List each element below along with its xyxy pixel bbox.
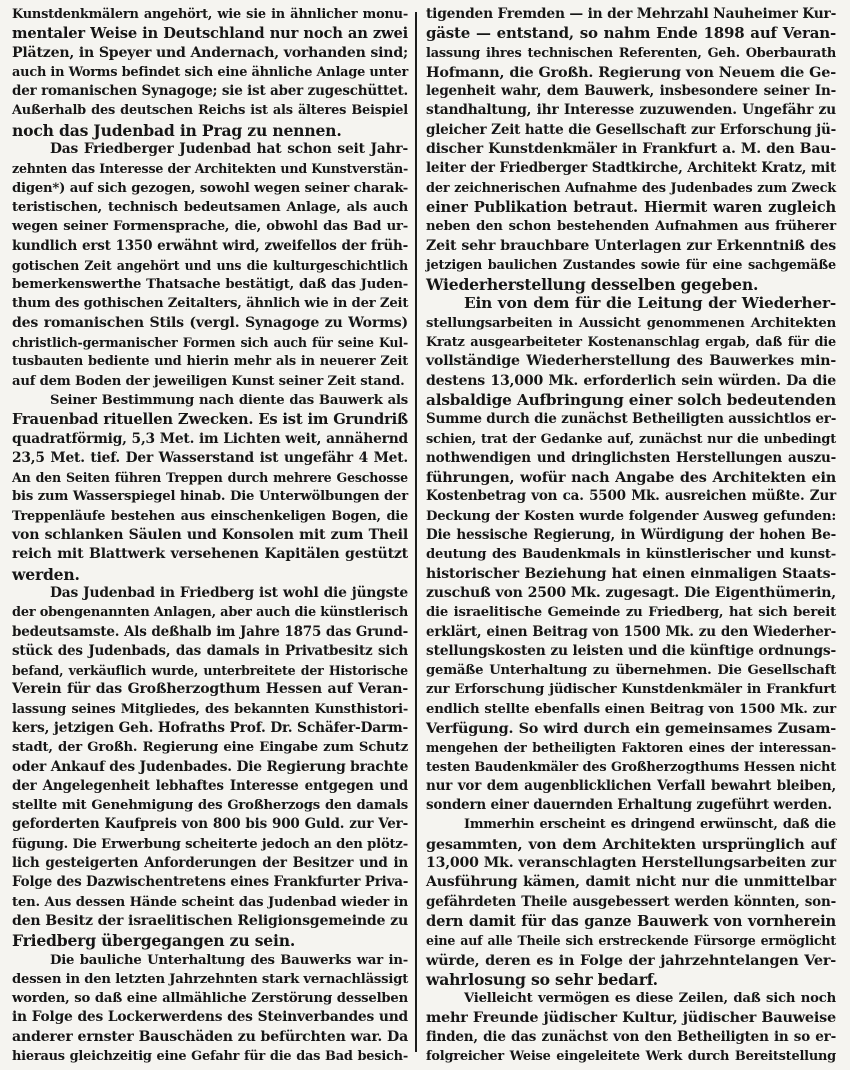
text-line: historischer Beziehung hat einen einmali… (426, 565, 836, 584)
text-line: kundlich erst 1350 erwähnt wird, zweifel… (12, 237, 408, 256)
text-line: leiter der Friedberger Stadtkirche, Arch… (426, 159, 836, 178)
text-line: wahrlosung so sehr bedarf. (426, 970, 836, 989)
text-line: zuschuß von 2500 Mk. zugesagt. Die Eigen… (426, 584, 836, 603)
text-line: Kostenbetrag von ca. 5500 Mk. ausreichen… (426, 487, 836, 506)
text-line: gemäße Unterhaltung zu übernehmen. Die G… (426, 661, 836, 680)
text-line: 13,000 Mk. veranschlagten Herstellungsar… (426, 854, 836, 873)
text-line: mehr Freunde jüdischer Kultur, jüdischer… (426, 1008, 836, 1027)
text-line: sondern einer dauernden Erhaltung zugefü… (426, 796, 836, 815)
text-line: mengehen der betheiligten Faktoren eines… (426, 738, 836, 757)
text-line: der zeichnerischen Aufnahme des Judenbad… (426, 179, 836, 198)
text-line: teristischen, technisch bedeutsamen Anla… (12, 198, 408, 217)
text-line: christlich-germanischer Formen sich auch… (12, 333, 408, 352)
text-line: würde, deren es in Folge der jahrzehntel… (426, 951, 836, 970)
text-line: gefährdeten Theile ausgebessert werden k… (426, 893, 836, 912)
text-line: bedeutsamste. Als deßhalb im Jahre 1875 … (12, 623, 408, 642)
text-line: gäste — entstand, so nahm Ende 1898 auf … (426, 24, 836, 43)
text-line: führungen, wofür nach Angabe des Archite… (426, 468, 836, 487)
right-text-column: tigenden Fremden — in der Mehrzahl Nauhe… (426, 5, 836, 1066)
newspaper-page: Kunstdenkmälern angehört, wie sie in ähn… (0, 0, 850, 1070)
text-line: Seiner Bestimmung nach diente das Bauwer… (12, 391, 408, 410)
text-line: lich gesteigerten Anforderungen der Besi… (12, 854, 408, 873)
text-line: deutung des Baudenkmals in künstlerische… (426, 545, 836, 564)
text-line: Verein für das Großherzogthum Hessen auf… (12, 680, 408, 699)
text-line: noch das Judenbad in Prag zu nennen. (12, 121, 408, 140)
text-line: alsbaldige Aufbringung einer solch bedeu… (426, 391, 836, 410)
text-line: nur vor dem augenblicklichen Verfall bew… (426, 777, 836, 796)
text-line: geforderten Kaufpreis von 800 bis 900 Gu… (12, 815, 408, 834)
text-line: Kratz ausgearbeiteter Kostenanschlag erg… (426, 333, 836, 352)
text-line: Die hessische Regierung, in Würdigung de… (426, 526, 836, 545)
text-line: der romanischen Synagoge; sie ist aber z… (12, 82, 408, 101)
text-line: quadratförmig, 5,3 Met. im Lichten weit,… (12, 430, 408, 449)
text-line: Außerhalb des deutschen Reichs ist als ä… (12, 101, 408, 120)
text-line: erklärt, einen Beitrag von 1500 Mk. zu d… (426, 623, 836, 642)
text-line: Summe durch die zunächst Betheiligten au… (426, 410, 836, 429)
text-line: jetzigen baulichen Zustandes sowie für e… (426, 256, 836, 275)
text-line: Treppenläufe bestehen aus einschenkelige… (12, 507, 408, 526)
text-line: tusbauten bediente und hierin mehr als i… (12, 352, 408, 371)
text-line: schien, trat der Gedanke auf, zunächst n… (426, 430, 836, 449)
text-line: thum des gothischen Zeitalters, ähnlich … (12, 294, 408, 313)
text-line: bemerkenswerthe Thatsache bestätigt, daß… (12, 275, 408, 294)
text-line: endlich stellte ebenfalls einen Beitrag … (426, 700, 836, 719)
text-line: in Folge des Lockerwerdens des Steinverb… (12, 1008, 408, 1027)
text-line: ten. Aus dessen Hände scheint das Judenb… (12, 893, 408, 912)
text-line: wegen seiner Formensprache, die, obwohl … (12, 217, 408, 236)
text-line: den Besitz der israelitischen Religionsg… (12, 912, 408, 931)
text-line: digen*) auf sich gezogen, sowohl wegen s… (12, 179, 408, 198)
text-line: Das Judenbad in Friedberg ist wohl die j… (12, 584, 408, 603)
text-line: auf dem Boden der jeweiligen Kunst seine… (12, 372, 408, 391)
text-line: fügung. Die Erwerbung scheiterte jedoch … (12, 835, 408, 854)
text-line: der obengenannten Anlagen, aber auch die… (12, 603, 408, 622)
text-line: legenheit wahr, dem Bauwerk, insbesonder… (426, 82, 836, 101)
text-line: tigenden Fremden — in der Mehrzahl Nauhe… (426, 5, 836, 24)
text-line: gesammten, von dem Architekten ursprüngl… (426, 835, 836, 854)
text-line: Die bauliche Unterhaltung des Bauwerks w… (12, 951, 408, 970)
text-line: testen Baudenkmäler des Großherzogthums … (426, 758, 836, 777)
text-line: reich mit Blattwerk versehenen Kapitälen… (12, 545, 408, 564)
text-line: mentaler Weise in Deutschland nur noch a… (12, 24, 408, 43)
text-line: auch in Worms befindet sich eine ähnlich… (12, 63, 408, 82)
text-line: An den Seiten führen Treppen durch mehre… (12, 468, 408, 487)
text-line: Plätzen, in Speyer und Andernach, vorhan… (12, 44, 408, 63)
text-line: vollständige Wiederherstellung des Bauwe… (426, 352, 836, 371)
text-line: befand, verkäuflich wurde, unterbreitete… (12, 661, 408, 680)
text-line: lassung ihres technischen Referenten, Ge… (426, 44, 836, 63)
text-line: Hofmann, die Großh. Regierung von Neuem … (426, 63, 836, 82)
text-line: Verfügung. So wird durch ein gemeinsames… (426, 719, 836, 738)
text-line: die israelitische Gemeinde zu Friedberg,… (426, 603, 836, 622)
text-line: werden. (12, 565, 408, 584)
text-line: Frauenbad rituellen Zwecken. Es ist im G… (12, 410, 408, 429)
text-line: stellte mit Genehmigung des Großherzogs … (12, 796, 408, 815)
text-line: worden, so daß eine allmähliche Zerstöru… (12, 989, 408, 1008)
text-line: lassung seines Mitgliedes, des bekannten… (12, 700, 408, 719)
text-line: Ausführung kämen, damit nicht nur die un… (426, 873, 836, 892)
text-line: Kunstdenkmälern angehört, wie sie in ähn… (12, 5, 408, 24)
text-line: stellungsarbeiten in Aussicht genommenen… (426, 314, 836, 333)
column-divider (415, 12, 417, 1052)
text-line: discher Kunstdenkmäler in Frankfurt a. M… (426, 140, 836, 159)
text-line: stadt, der Großh. Regierung eine Eingabe… (12, 738, 408, 757)
text-line: gotischen Zeit angehört und uns die kult… (12, 256, 408, 275)
text-line: anderer ernster Bauschäden zu befürchten… (12, 1028, 408, 1047)
text-line: stellungskosten zu leisten und die künft… (426, 642, 836, 661)
text-line: Das Friedberger Judenbad hat schon seit … (12, 140, 408, 159)
left-text-column: Kunstdenkmälern angehört, wie sie in ähn… (12, 5, 408, 1066)
text-line: Wiederherstellung desselben gegeben. (426, 275, 836, 294)
text-line: zehnten das Interesse der Architekten un… (12, 159, 408, 178)
text-line: finden, die das zunächst von den Betheil… (426, 1028, 836, 1047)
text-line: Ein von dem für die Leitung der Wiederhe… (426, 294, 836, 313)
text-line: neben den schon bestehenden Aufnahmen au… (426, 217, 836, 236)
text-line: standhaltung, ihr Interesse zuzuwenden. … (426, 101, 836, 120)
text-line: gleicher Zeit hatte die Gesellschaft zur… (426, 121, 836, 140)
text-line: der Angelegenheit lebhaftes Interesse en… (12, 777, 408, 796)
text-line: einer Publikation betraut. Hiermit waren… (426, 198, 836, 217)
text-line: Folge des Dazwischentretens eines Frankf… (12, 873, 408, 892)
text-line: Vielleicht vermögen es diese Zeilen, daß… (426, 989, 836, 1008)
text-line: folgreicher Weise eingeleitete Werk durc… (426, 1047, 836, 1066)
text-line: dessen in den letzten Jahrzehnten stark … (12, 970, 408, 989)
text-line: des romanischen Stils (vergl. Synagoge z… (12, 314, 408, 333)
text-line: 23,5 Met. tief. Der Wasserstand ist unge… (12, 449, 408, 468)
text-line: Immerhin erscheint es dringend erwünscht… (426, 815, 836, 834)
text-line: hieraus gleichzeitig eine Gefahr für die… (12, 1047, 408, 1066)
text-line: zur Erforschung jüdischer Kunstdenkmäler… (426, 680, 836, 699)
text-line: Zeit sehr brauchbare Unterlagen zur Erke… (426, 237, 836, 256)
text-line: Friedberg übergegangen zu sein. (12, 931, 408, 950)
text-line: nothwendigen und dringlichsten Herstellu… (426, 449, 836, 468)
text-line: kers, jetzigen Geh. Hofraths Prof. Dr. S… (12, 719, 408, 738)
text-line: destens 13,000 Mk. erforderlich sein wür… (426, 372, 836, 391)
text-line: oder Ankauf des Judenbades. Die Regierun… (12, 758, 408, 777)
text-line: stück des Judenbads, das damals in Priva… (12, 642, 408, 661)
text-line: Deckung der Kosten wurde folgender Auswe… (426, 507, 836, 526)
text-line: von schlanken Säulen und Konsolen mit zu… (12, 526, 408, 545)
text-line: eine auf alle Theile sich erstreckende F… (426, 931, 836, 950)
text-line: dern damit für das ganze Bauwerk von vor… (426, 912, 836, 931)
text-line: bis zum Wasserspiegel hinab. Die Unterwö… (12, 487, 408, 506)
